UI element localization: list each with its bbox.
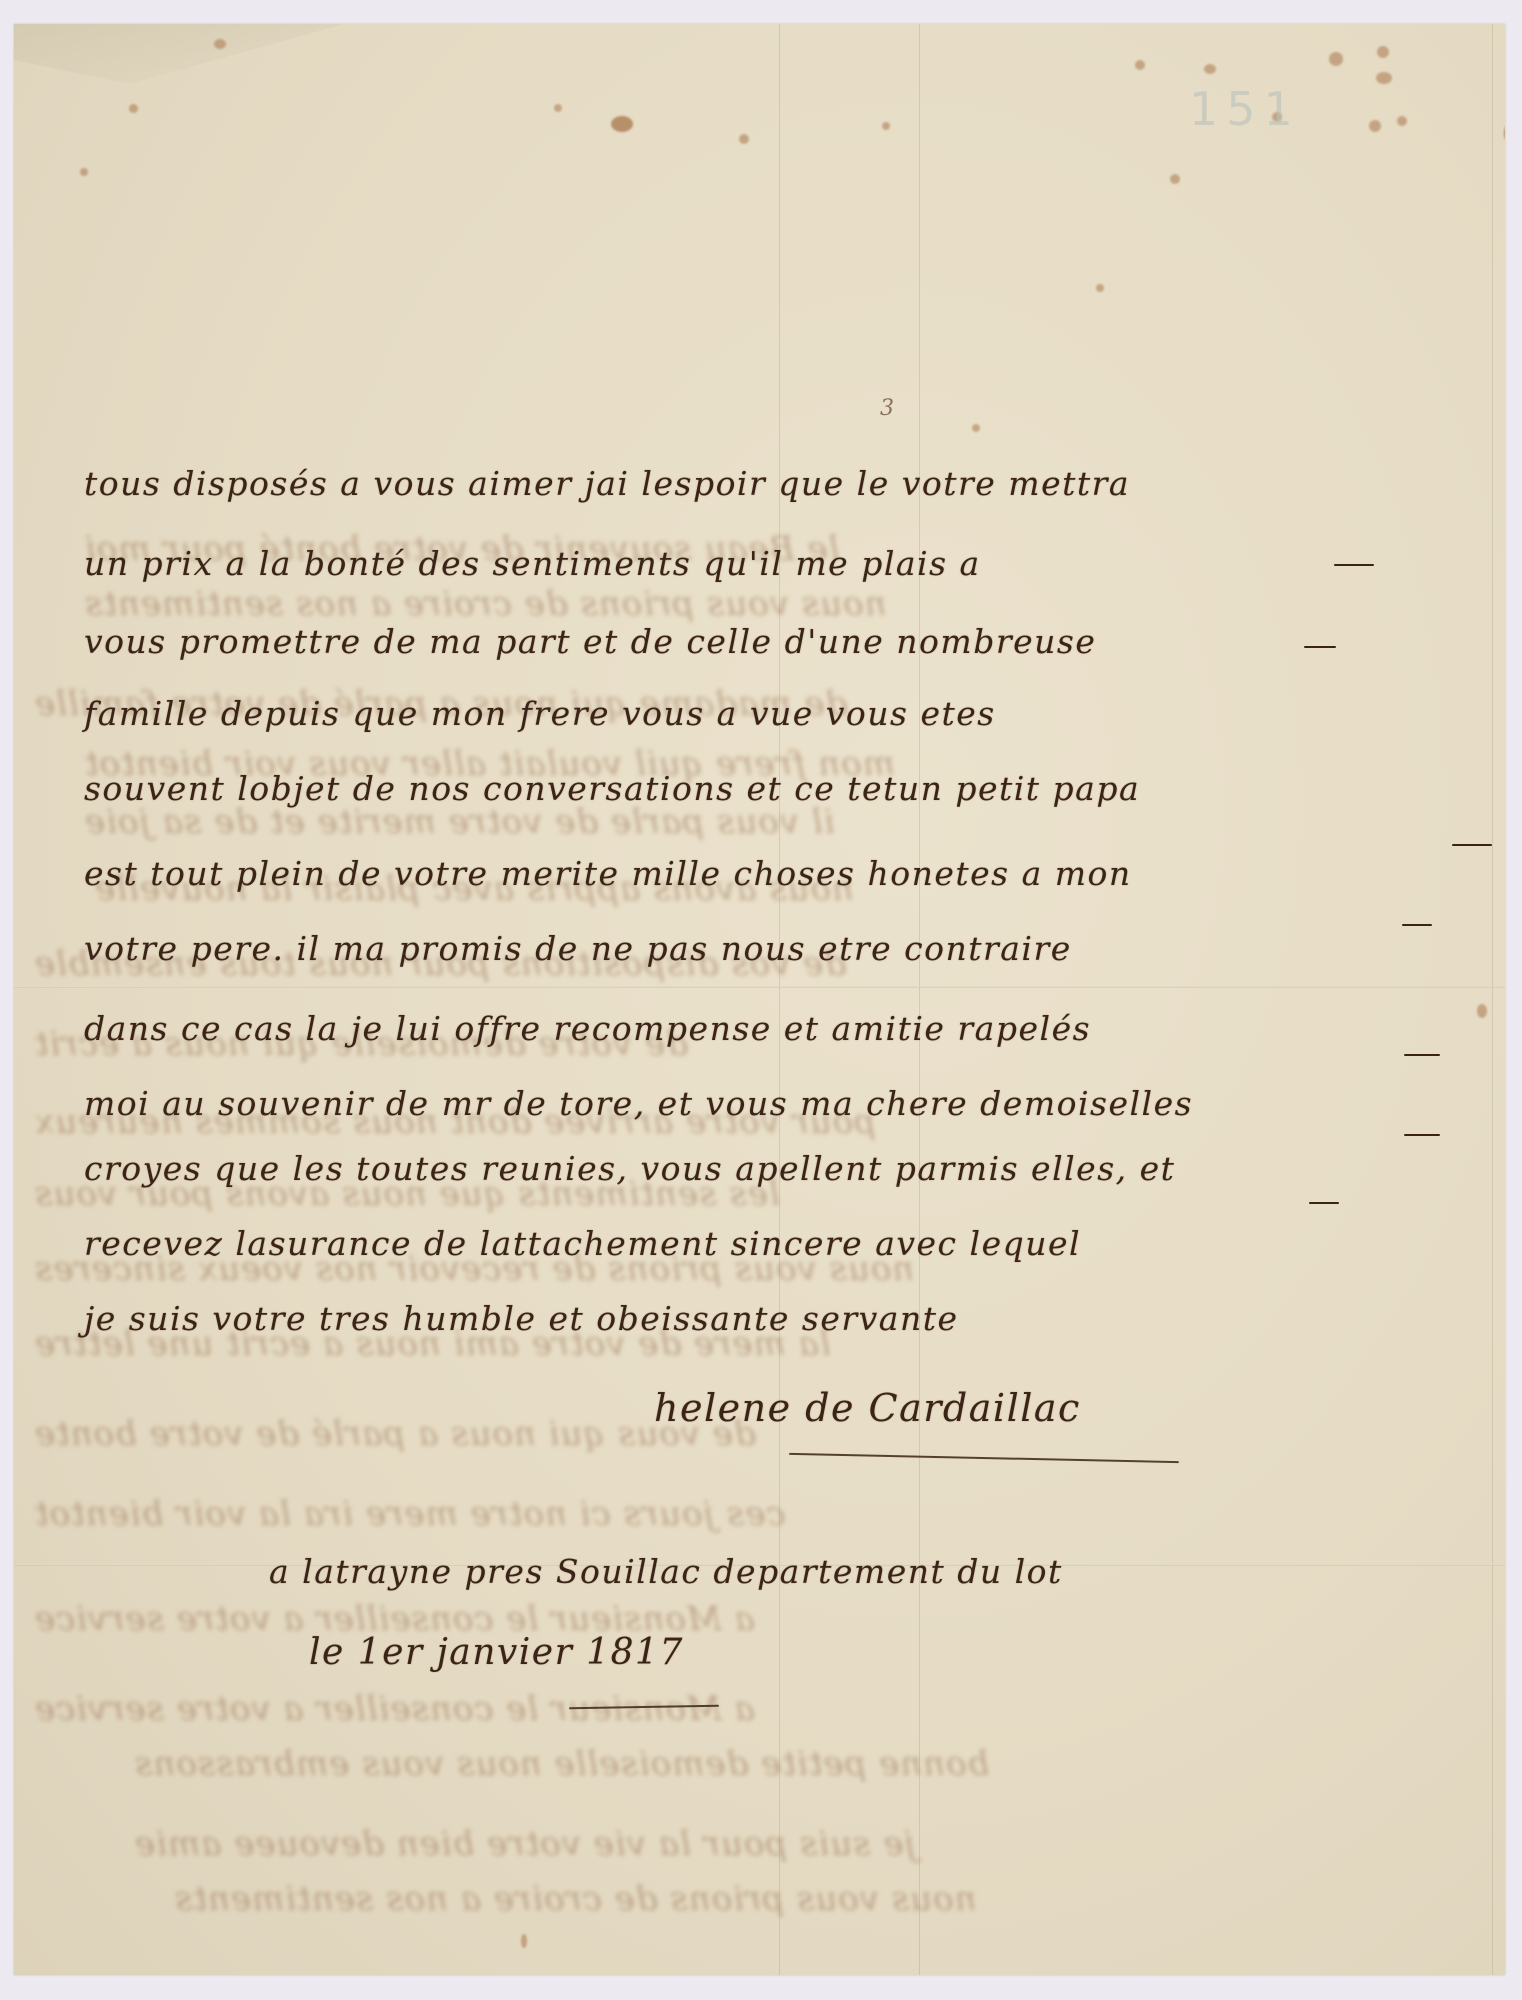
right-edge-crease (1492, 24, 1493, 1975)
letter-body-line: dans ce cas la je lui offre recompense e… (84, 1009, 1091, 1048)
line-end-dash (1404, 1134, 1440, 1136)
foxing-spot (214, 39, 226, 49)
foxing-spot (129, 104, 138, 113)
foxing-spot (1377, 46, 1389, 58)
folio-mark: 3 (880, 396, 894, 421)
letter-body-line: un prix a la bonté des sentiments qu'il … (84, 544, 981, 583)
foxing-spot (1369, 120, 1381, 132)
line-end-dash (1309, 1202, 1339, 1204)
letter-body-line: moi au souvenir de mr de tore, et vous m… (84, 1084, 1193, 1123)
line-end-dash (1452, 844, 1492, 846)
letter-body-line: vous promettre de ma part et de celle d'… (84, 622, 1096, 661)
foxing-spot (739, 134, 749, 144)
bleed-through-line: bonne petite demoiselle nous vous embras… (134, 1744, 989, 1784)
bleed-through-line: nous vous prions de croire a nos sentime… (84, 584, 886, 624)
foxing-spot (1376, 72, 1392, 84)
letter-body-line: tous disposés a vous aimer jai lespoir q… (84, 464, 1130, 503)
corner-fold-shadow (14, 24, 344, 84)
foxing-spot (1096, 284, 1104, 292)
foxing-spot (554, 104, 562, 112)
foxing-spot (1135, 60, 1145, 70)
foxing-spot (1204, 64, 1216, 74)
letter-body-line: recevez lasurance de lattachement sincer… (84, 1224, 1081, 1263)
letter-body-line: croyes que les toutes reunies, vous apel… (84, 1149, 1175, 1188)
line-end-dash (1304, 646, 1336, 648)
letter-body-line: souvent lobjet de nos conversations et c… (84, 769, 1140, 808)
foxing-spot (882, 122, 890, 130)
foxing-spot (972, 424, 980, 432)
letter-body-line: votre pere. il ma promis de ne pas nous … (84, 929, 1072, 968)
foxing-spot (1504, 124, 1505, 142)
bleed-through-line: je suis pour la vie votre bien devouee a… (134, 1824, 915, 1864)
bleed-through-line: il vous parle de votre merite et de sa j… (84, 802, 835, 842)
line-end-dash (1334, 564, 1374, 566)
bleed-through-line: a Monsieur le conseiller a votre service (34, 1689, 755, 1729)
page-number: 151 (1189, 82, 1301, 136)
vertical-fold-crease (779, 24, 780, 1975)
foxing-spot (1397, 116, 1407, 126)
signature: helene de Cardaillac (654, 1386, 1081, 1430)
vertical-fold-crease (919, 24, 920, 1975)
letter-body-line: famille depuis que mon frere vous a vue … (84, 694, 996, 733)
place-line: a latrayne pres Souillac departement du … (269, 1552, 1063, 1591)
letter-page: 151 3 le Beau souvenir de votre bonté po… (14, 24, 1505, 1975)
bleed-through-line: nous vous prions de croire a nos sentime… (174, 1879, 976, 1919)
foxing-spot (1477, 1004, 1487, 1018)
foxing-spot (80, 168, 88, 176)
letter-body-line: je suis votre tres humble et obeissante … (84, 1299, 959, 1338)
bleed-through-line: de vous qui nous a parlé de votre bonte (34, 1414, 756, 1454)
letter-body-line: est tout plein de votre merite mille cho… (84, 854, 1132, 893)
bleed-through-line: ces jours ci notre mere ira la voir bien… (34, 1494, 786, 1534)
line-end-dash (1402, 924, 1432, 926)
foxing-spot (521, 1934, 527, 1948)
line-end-dash (1404, 1054, 1440, 1056)
signature-underline (789, 1453, 1179, 1463)
foxing-spot (1170, 174, 1180, 184)
foxing-spot (1329, 52, 1343, 66)
foxing-spot (611, 116, 633, 132)
horizontal-fold-crease (14, 986, 1505, 988)
date-line: le 1er janvier 1817 (309, 1632, 684, 1673)
